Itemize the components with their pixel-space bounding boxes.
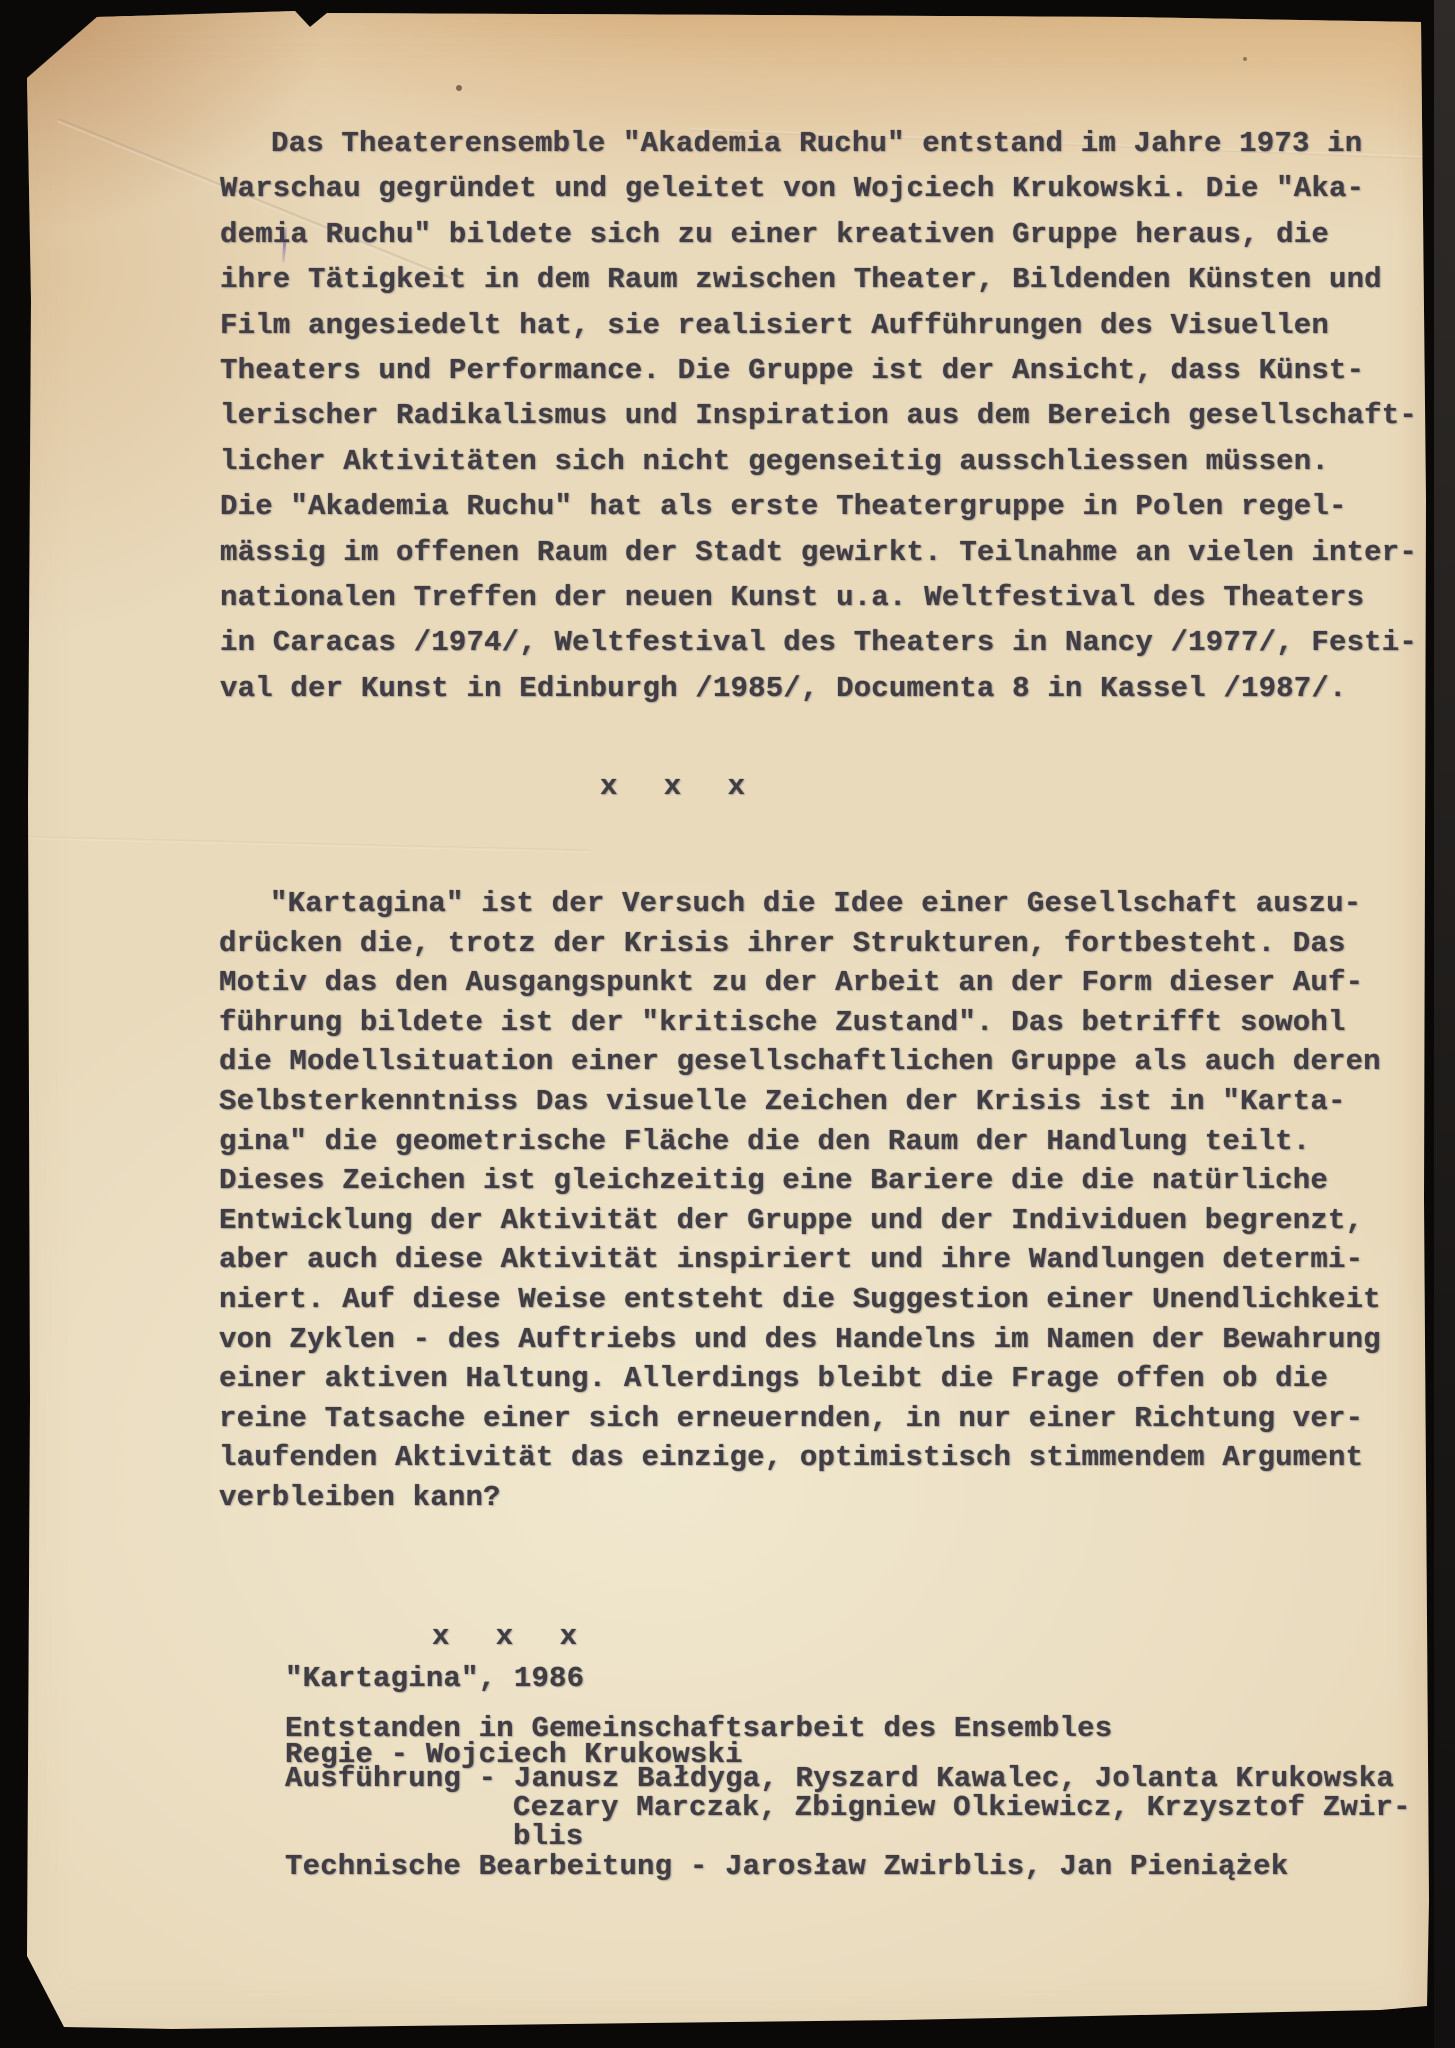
- section-divider: x x x: [600, 770, 746, 803]
- credits-line-continuation: blis: [513, 1820, 583, 1853]
- credits-title: "Kartagina", 1986: [285, 1662, 584, 1695]
- body-paragraph-kartagina: "Kartagina" ist der Versuch die Idee ein…: [219, 884, 1439, 1518]
- scanner-backdrop: Das Theaterensemble "Akademia Ruchu" ent…: [0, 0, 1455, 2048]
- credits-line-continuation: Cezary Marczak, Zbigniew Olkiewicz, Krzy…: [513, 1791, 1411, 1824]
- paper-speck: [1243, 57, 1247, 61]
- body-paragraph-ensemble: Das Theaterensemble "Akademia Ruchu" ent…: [220, 121, 1435, 711]
- paper-sheet: Das Theaterensemble "Akademia Ruchu" ent…: [0, 0, 1455, 2048]
- paper-speck: [456, 85, 462, 91]
- section-divider: x x x: [432, 1620, 578, 1653]
- scanner-edge-strip: [1434, 0, 1455, 2048]
- paper-crease: [30, 836, 590, 853]
- paper-fold-corner: [23, 1956, 64, 2029]
- credits-line: Technische Bearbeitung - Jarosław Zwirbl…: [285, 1850, 1288, 1883]
